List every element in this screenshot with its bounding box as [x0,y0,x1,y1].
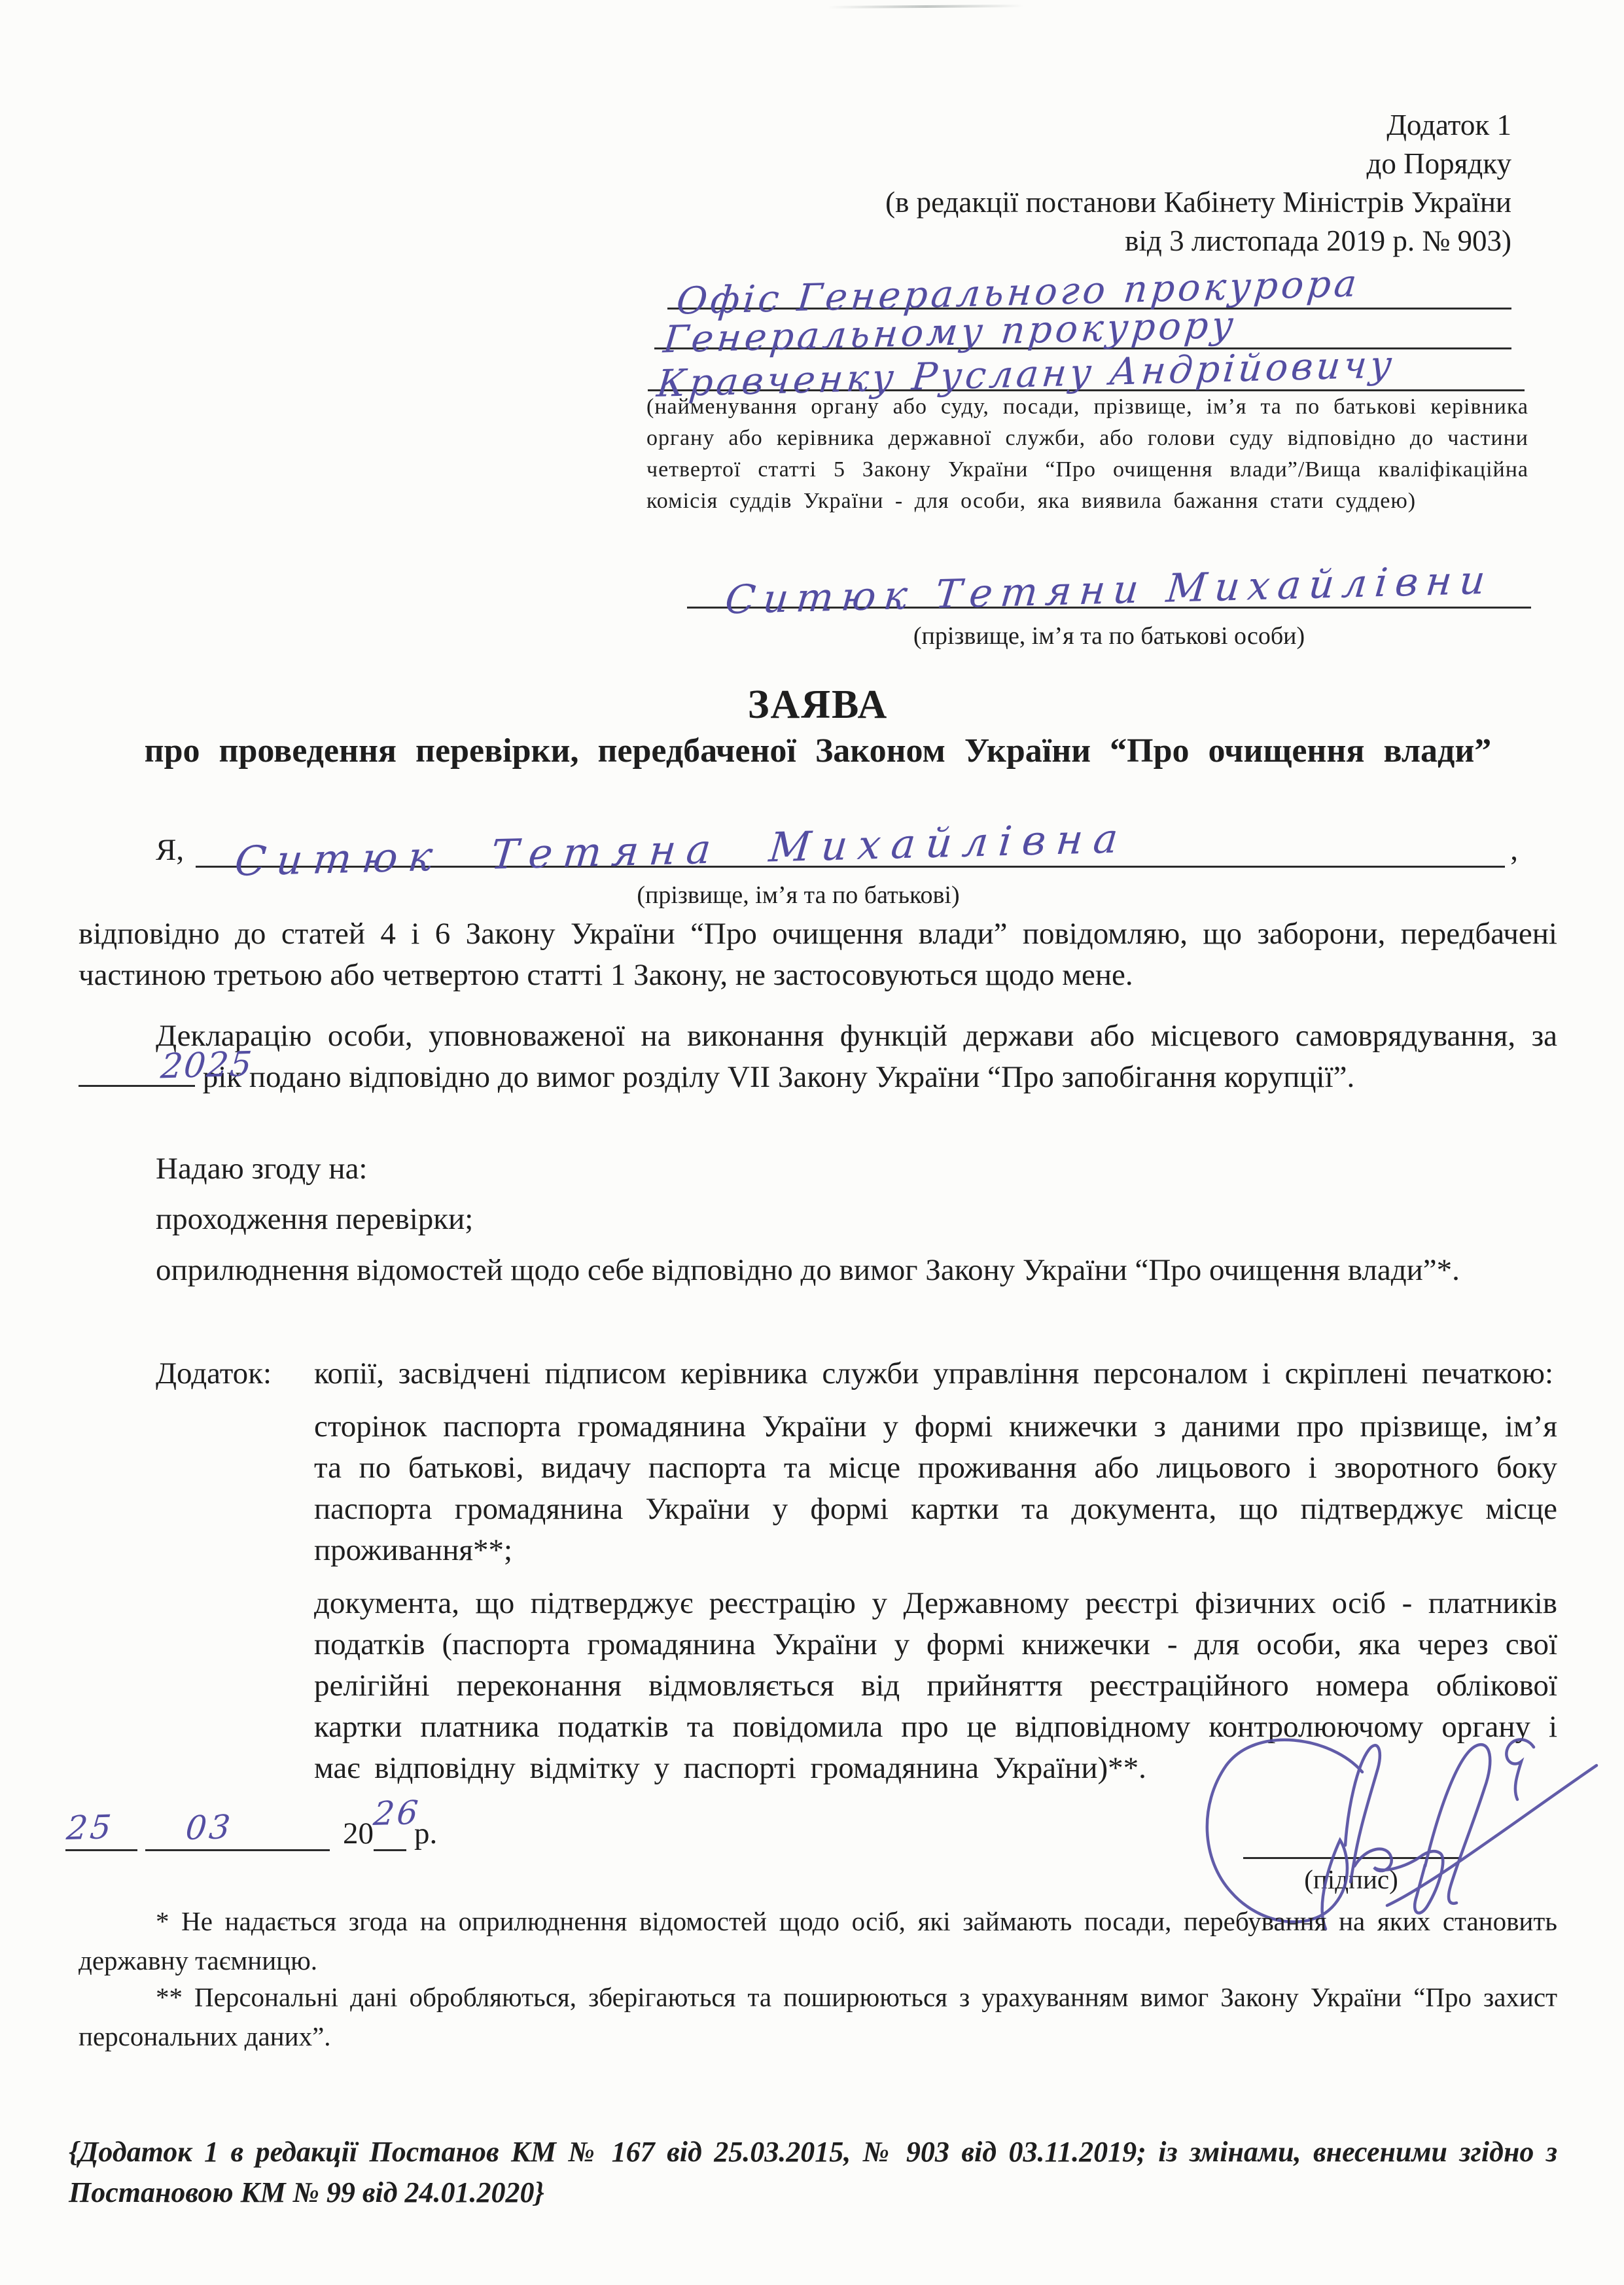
revision-note: {Додаток 1 в редакції Постанов КМ № 167 … [69,2132,1557,2213]
consent-lead: Надаю згоду на: [156,1148,368,1190]
document-subtitle: про проведення перевірки, передбаченої З… [39,732,1597,770]
header-note-line: (в редакції постанови Кабінету Міністрів… [726,183,1511,222]
declarant-prefix: Я, [156,832,184,868]
consent-item: оприлюднення відомостей щодо себе відпов… [79,1250,1557,1291]
addressee-blank-line: Кравченку Руслану Андрійовичу [648,340,1525,391]
signature-line [1243,1857,1459,1859]
handwritten-day: 25 [65,1808,115,1847]
declaration-text-after: рік подано відповідно до вимог розділу V… [203,1060,1355,1094]
signature-caption: (підпис) [1243,1864,1459,1895]
declarant-blank-line: Ситюк Тетяна Михайлівна [196,817,1505,868]
person-caption: (прізвище, ім’я та по батькові особи) [687,616,1531,656]
header-note-line: від 3 листопада 2019 р. № 903) [726,222,1511,260]
scanned-document-page: Додаток 1 до Порядку (в редакції постано… [0,0,1624,2285]
footnote: ** Персональні дані обробляються, зберіг… [79,1977,1557,2056]
header-note-line: Додаток 1 [726,106,1511,145]
footnote: * Не надається згода на оприлюднення від… [79,1902,1557,1980]
person-blank-line: Ситюк Тетяни Михайлівни [687,553,1531,609]
scan-artifact [828,5,1024,9]
attachment-intro: копії, засвідчені підписом керівника слу… [314,1353,1557,1394]
declarant-handwritten-name: Ситюк Тетяна Михайлівна [233,814,1131,885]
attachment-label: Додаток: [156,1353,314,1789]
handwritten-year: 26 [372,1794,422,1833]
compliance-paragraph: відповідно до статей 4 і 6 Закону Україн… [79,913,1557,996]
declarant-trailing-comma: , [1510,832,1518,868]
handwritten-month: 03 [184,1808,234,1847]
day-blank-line: 25 [65,1794,137,1851]
header-note: Додаток 1 до Порядку (в редакції постано… [726,106,1511,260]
year-prefix: 20 [343,1816,374,1851]
date-line: 25 03 20 26 р. [65,1796,437,1851]
attachment-item: сторінок паспорта громадянина України у … [314,1406,1557,1571]
month-blank-line: 03 [145,1794,330,1851]
consent-item: проходження перевірки; [156,1199,473,1240]
person-handwriting: Ситюк Тетяни Михайлівни [723,558,1495,624]
year-blank: 26 [374,1794,406,1851]
header-note-line: до Порядку [726,145,1511,183]
declaration-paragraph: Декларацію особи, уповноваженої на викон… [79,1016,1557,1098]
year-blank-line: 2025 [79,1078,195,1087]
declaration-handwritten-year: 2025 [82,1044,255,1090]
declarant-caption: (прізвище, ім’я та по батькові) [79,876,1518,915]
declaration-text-before: Декларацію особи, уповноваженої на викон… [156,1019,1557,1053]
declarant-line: Я, Ситюк Тетяна Михайлівна , [79,817,1518,868]
addressee-caption: (найменування органу або суду, посади, п… [646,391,1528,517]
document-title: ЗАЯВА [79,682,1557,728]
